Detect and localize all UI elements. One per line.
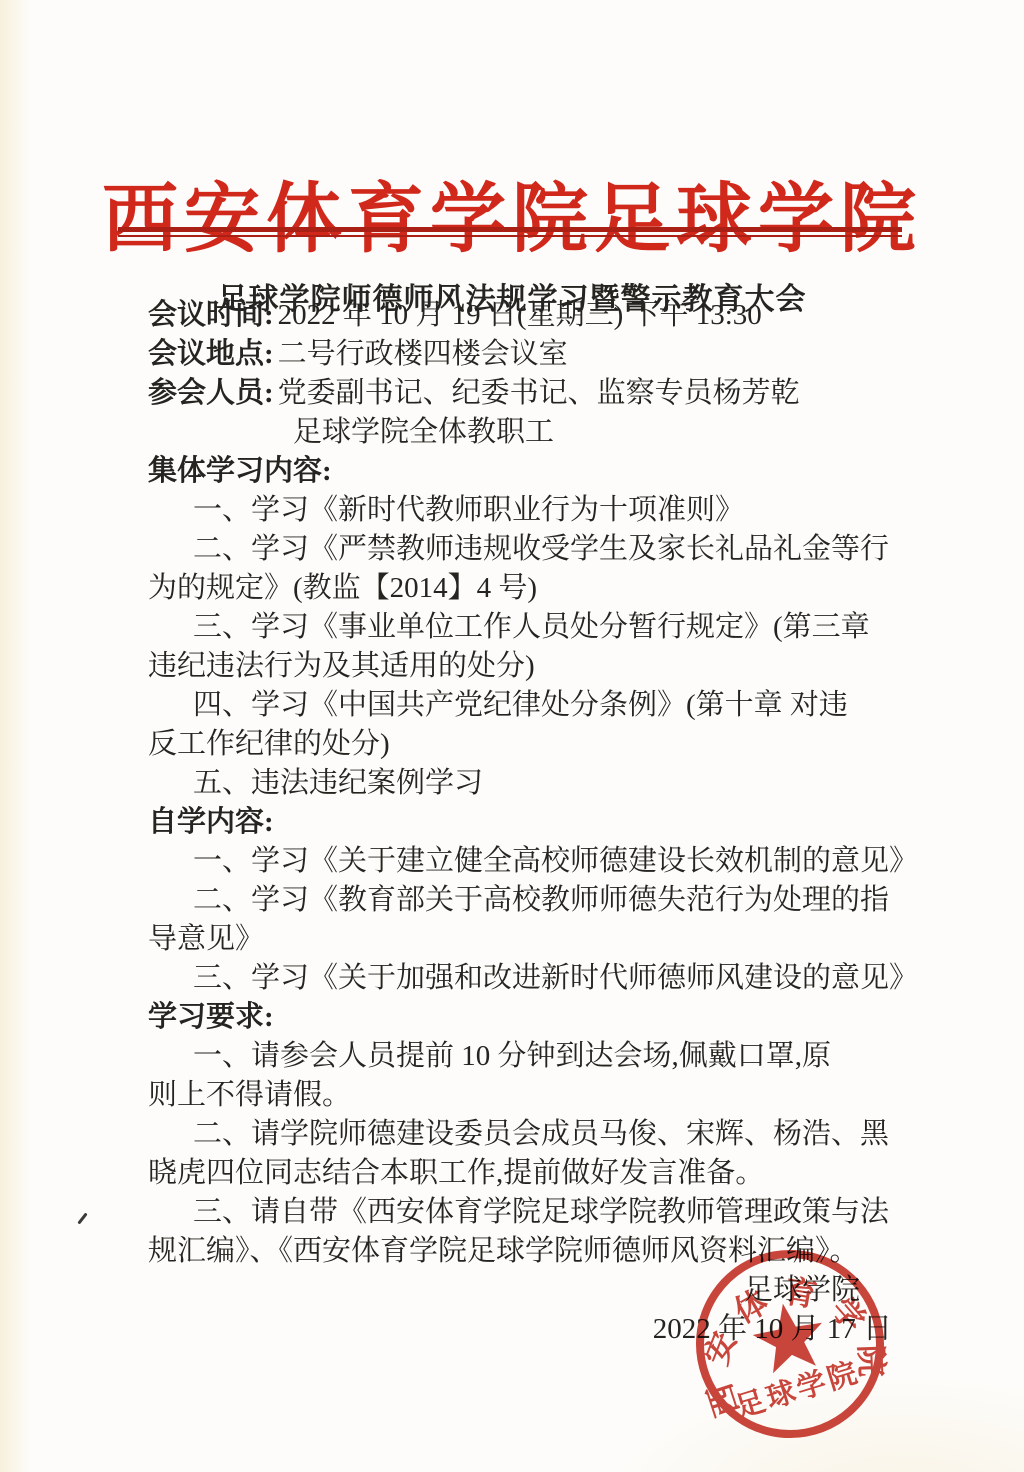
official-seal-stamp: 西安体育学院 足球学院: [690, 1244, 890, 1444]
divider-thin-line: [118, 235, 902, 237]
body-line: 晓虎四位同志结合本职工作,提前做好发言准备。: [148, 1154, 904, 1193]
meta-line-place: 会议地点:二号行政楼四楼会议室: [148, 335, 904, 374]
document-body: 会议时间:2022 年 10 月 19 日(星期三) 下午 13:30 会议地点…: [148, 296, 904, 1349]
meta-line-attendees-cont: 足球学院全体教职工: [148, 413, 904, 452]
body-line: 二、学习《教育部关于高校教师师德失范行为处理的指: [148, 881, 904, 920]
meta-label: 会议时间:: [148, 299, 274, 331]
meta-value: 二号行政楼四楼会议室: [278, 338, 568, 370]
meta-line-attendees: 参会人员:党委副书记、纪委书记、监察专员杨芳乾: [148, 374, 904, 413]
body-line: 四、学习《中国共产党纪律处分条例》(第十章 对违: [148, 686, 904, 725]
meta-line-time: 会议时间:2022 年 10 月 19 日(星期三) 下午 13:30: [148, 296, 904, 335]
body-line: 导意见》: [148, 920, 904, 959]
body-line: 二、学习《严禁教师违规收受学生及家长礼品礼金等行: [148, 530, 904, 569]
meta-label: 会议地点:: [148, 338, 274, 370]
meta-label: 参会人员:: [148, 377, 274, 409]
body-line: 则上不得请假。: [148, 1076, 904, 1115]
stray-pen-mark: [77, 1212, 87, 1224]
section-heading-collective: 集体学习内容:: [148, 452, 904, 491]
section-heading-self-study: 自学内容:: [148, 803, 904, 842]
body-line: 一、学习《关于建立健全高校师德建设长效机制的意见》: [148, 842, 904, 881]
letterhead-divider: [118, 227, 902, 237]
document-page: 西安体育学院足球学院 足球学院师德师风法规学习暨警示教育大会 会议时间:2022…: [0, 0, 1024, 1472]
body-line: 五、违法违纪案例学习: [148, 764, 904, 803]
body-line: 一、学习《新时代教师职业行为十项准则》: [148, 491, 904, 530]
divider-thick-line: [118, 227, 902, 232]
body-line: 三、学习《事业单位工作人员处分暂行规定》(第三章: [148, 608, 904, 647]
body-line: 反工作纪律的处分): [148, 725, 904, 764]
body-line: 为的规定》(教监【2014】4 号): [148, 569, 904, 608]
body-line: 三、请自带《西安体育学院足球学院教师管理政策与法: [148, 1193, 904, 1232]
letterhead-title: 西安体育学院足球学院: [0, 177, 1024, 264]
body-line: 违纪违法行为及其适用的处分): [148, 647, 904, 686]
section-heading-requirements: 学习要求:: [148, 998, 904, 1037]
body-line: 二、请学院师德建设委员会成员马俊、宋辉、杨浩、黑: [148, 1115, 904, 1154]
body-line: 三、学习《关于加强和改进新时代师德师风建设的意见》: [148, 959, 904, 998]
body-line: 一、请参会人员提前 10 分钟到达会场,佩戴口罩,原: [148, 1037, 904, 1076]
meta-value: 2022 年 10 月 19 日(星期三) 下午 13:30: [278, 299, 762, 331]
meta-value: 党委副书记、纪委书记、监察专员杨芳乾: [278, 377, 800, 409]
